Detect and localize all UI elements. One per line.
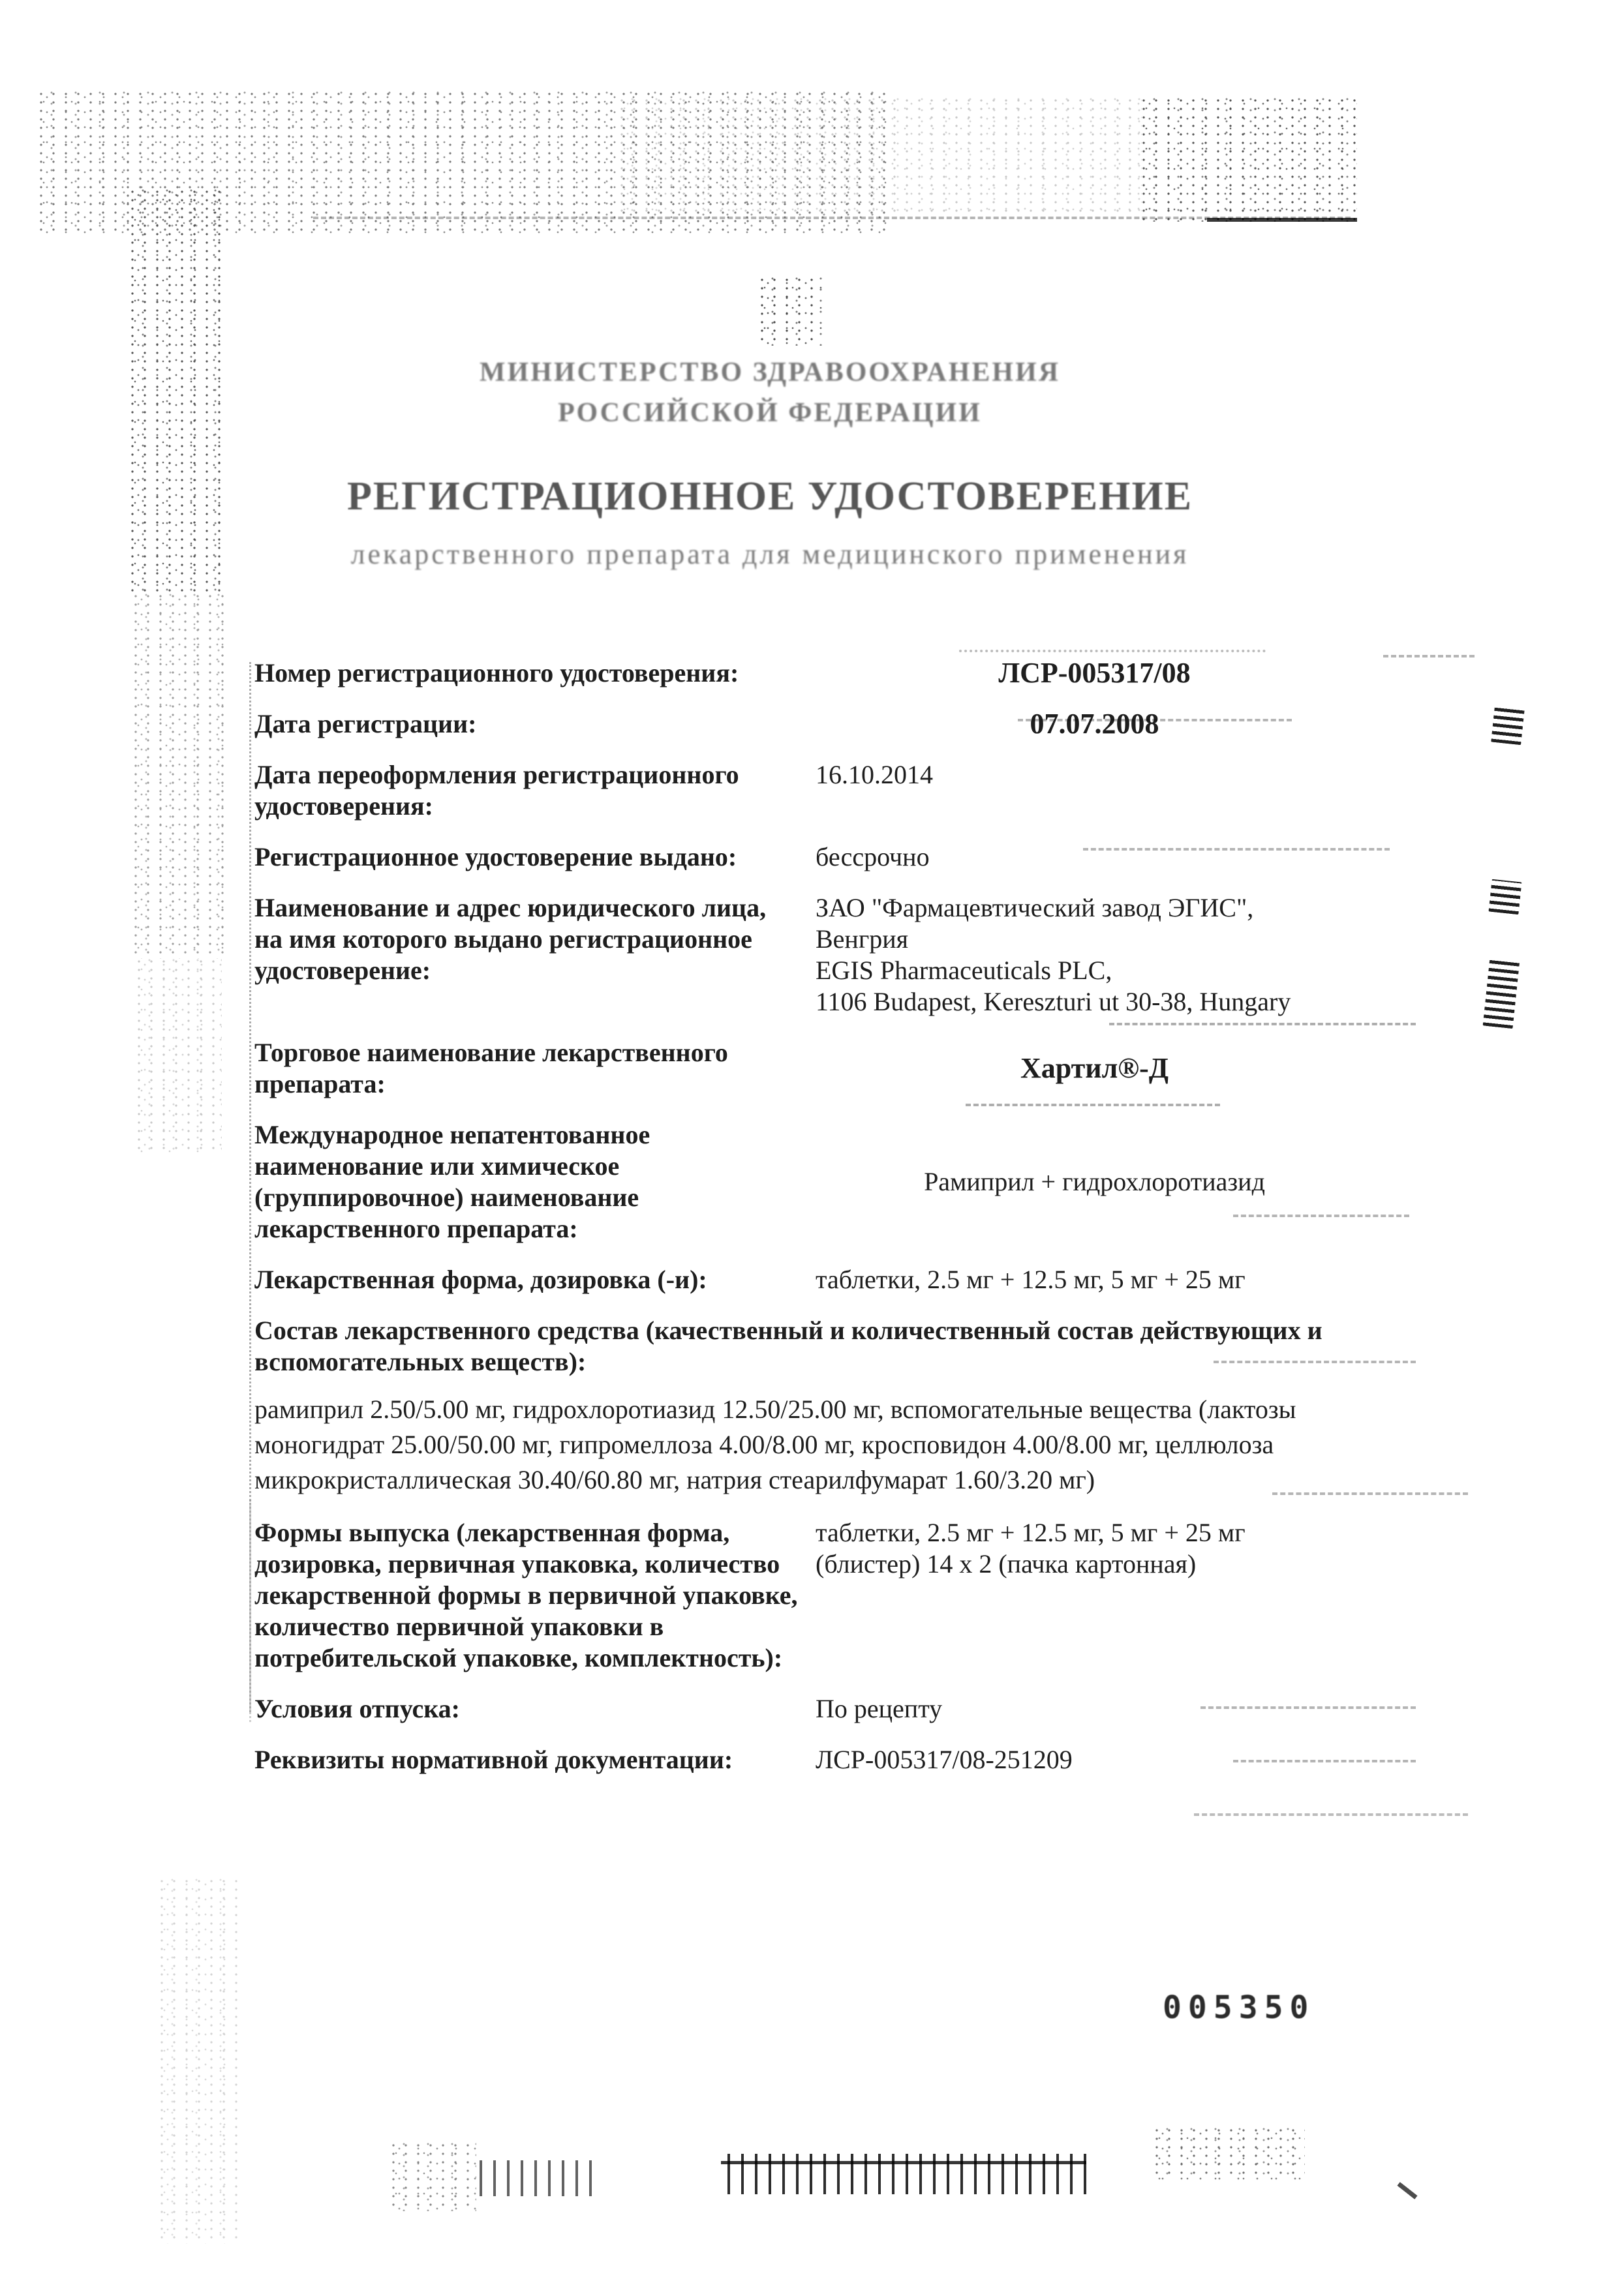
- field-label: Номер регистрационного удостоверения:: [254, 657, 816, 689]
- field-value: 16.10.2014: [816, 759, 1373, 822]
- ministry-name: МИНИСТЕРСТВО ЗДРАВООХРАНЕНИЯ РОССИЙСКОЙ …: [228, 352, 1311, 433]
- right-margin-squiggle: [1483, 958, 1520, 1029]
- ministry-line2: РОССИЙСКОЙ ФЕДЕРАЦИИ: [228, 393, 1311, 433]
- field-label: Дата регистрации:: [254, 708, 816, 740]
- field-row-reg-date: Дата регистрации: 07.07.2008: [254, 708, 1373, 740]
- ministry-line1: МИНИСТЕРСТВО ЗДРАВООХРАНЕНИЯ: [228, 352, 1311, 393]
- field-label: Регистрационное удостоверение выдано:: [254, 841, 816, 873]
- scan-dash: [1200, 1706, 1416, 1709]
- field-value: По рецепту: [816, 1693, 1373, 1725]
- field-label: Условия отпуска:: [254, 1693, 816, 1725]
- field-row-normative-docs: Реквизиты нормативной документации: ЛСР-…: [254, 1744, 1373, 1775]
- scan-dash: [1018, 719, 1292, 721]
- field-value: таблетки, 2.5 мг + 12.5 мг, 5 мг + 25 мг: [816, 1264, 1373, 1295]
- field-value: 07.07.2008: [816, 708, 1373, 740]
- field-row-inn: Международное непатентованное наименован…: [254, 1119, 1373, 1245]
- field-row-trade-name: Торговое наименование лекарственного пре…: [254, 1037, 1373, 1100]
- scan-noise-left-band-sparse: [137, 959, 222, 1155]
- field-row-dosage-form: Лекарственная форма, дозировка (-и): таб…: [254, 1264, 1373, 1295]
- field-row-reg-number: Номер регистрационного удостоверения: ЛС…: [254, 657, 1373, 689]
- scan-dash: [1214, 1361, 1416, 1363]
- scanned-registration-certificate: МИНИСТЕРСТВО ЗДРАВООХРАНЕНИЯ РОССИЙСКОЙ …: [0, 0, 1605, 2296]
- bottom-noise-right: [1155, 2128, 1305, 2180]
- field-value: таблетки, 2.5 мг + 12.5 мг, 5 мг + 25 мг…: [816, 1517, 1373, 1674]
- bottom-fringe-comb-left: [480, 2160, 594, 2196]
- scan-dash: [1109, 1023, 1416, 1025]
- scan-dash: [1083, 848, 1390, 851]
- serial-number: 005350: [1163, 1989, 1315, 2026]
- field-label: Торговое наименование лекарственного пре…: [254, 1037, 816, 1100]
- field-row-dispensing: Условия отпуска: По рецепту: [254, 1693, 1373, 1725]
- scan-dash: [1194, 1813, 1468, 1816]
- right-margin-squiggle: [1489, 879, 1522, 915]
- field-value: ЗАО "Фармацевтический завод ЭГИС", Венгр…: [816, 892, 1373, 1018]
- field-label: Лекарственная форма, дозировка (-и):: [254, 1264, 816, 1295]
- scan-dash: [1233, 1215, 1409, 1217]
- scan-dash: [1233, 1760, 1416, 1762]
- field-label: Международное непатентованное наименован…: [254, 1119, 816, 1245]
- scan-dash: [1383, 655, 1475, 657]
- fields-table: Номер регистрационного удостоверения: ЛС…: [254, 657, 1373, 1795]
- scan-dash: [959, 650, 1266, 652]
- field-label: Дата переоформления регистрационного удо…: [254, 759, 816, 822]
- left-margin-dotted-line-lower: [249, 1500, 251, 1722]
- scan-noise-left-band-mid: [134, 594, 225, 959]
- field-row-reissue-date: Дата переоформления регистрационного удо…: [254, 759, 1373, 822]
- field-label: Реквизиты нормативной документации:: [254, 1744, 816, 1775]
- field-value: ЛСР-005317/08: [816, 657, 1373, 689]
- document-subtitle: лекарственного препарата для медицинског…: [228, 537, 1311, 571]
- field-row-issued: Регистрационное удостоверение выдано: бе…: [254, 841, 1373, 873]
- scan-dash: [966, 1104, 1220, 1106]
- document-header: МИНИСТЕРСТВО ЗДРАВООХРАНЕНИЯ РОССИЙСКОЙ …: [228, 0, 1311, 571]
- field-label: Формы выпуска (лекарственная форма, дози…: [254, 1517, 816, 1674]
- field-value: Рамиприл + гидрохлоротиазид: [816, 1166, 1373, 1198]
- bottom-noise-left: [391, 2143, 476, 2211]
- right-margin-squiggle: [1491, 706, 1524, 746]
- composition-heading: Состав лекарственного средства (качестве…: [254, 1315, 1373, 1378]
- scan-noise-left-band-dense: [130, 189, 225, 594]
- scan-noise-left-bottom: [160, 1879, 238, 2244]
- field-row-holder: Наименование и адрес юридического лица, …: [254, 892, 1373, 1018]
- field-row-release-forms: Формы выпуска (лекарственная форма, дози…: [254, 1517, 1373, 1674]
- field-value: Хартил®-Д: [816, 1053, 1373, 1084]
- scan-dash: [1272, 1492, 1468, 1495]
- document-title: РЕГИСТРАЦИОННОЕ УДОСТОВЕРЕНИЕ: [228, 474, 1311, 519]
- field-value: бессрочно: [816, 841, 1373, 873]
- bottom-diagonal-tick: [1397, 2182, 1417, 2199]
- field-label: Наименование и адрес юридического лица, …: [254, 892, 816, 1018]
- composition-body: рамиприл 2.50/5.00 мг, гидрохлоротиазид …: [254, 1392, 1373, 1498]
- bottom-fringe-comb: [727, 2154, 1093, 2194]
